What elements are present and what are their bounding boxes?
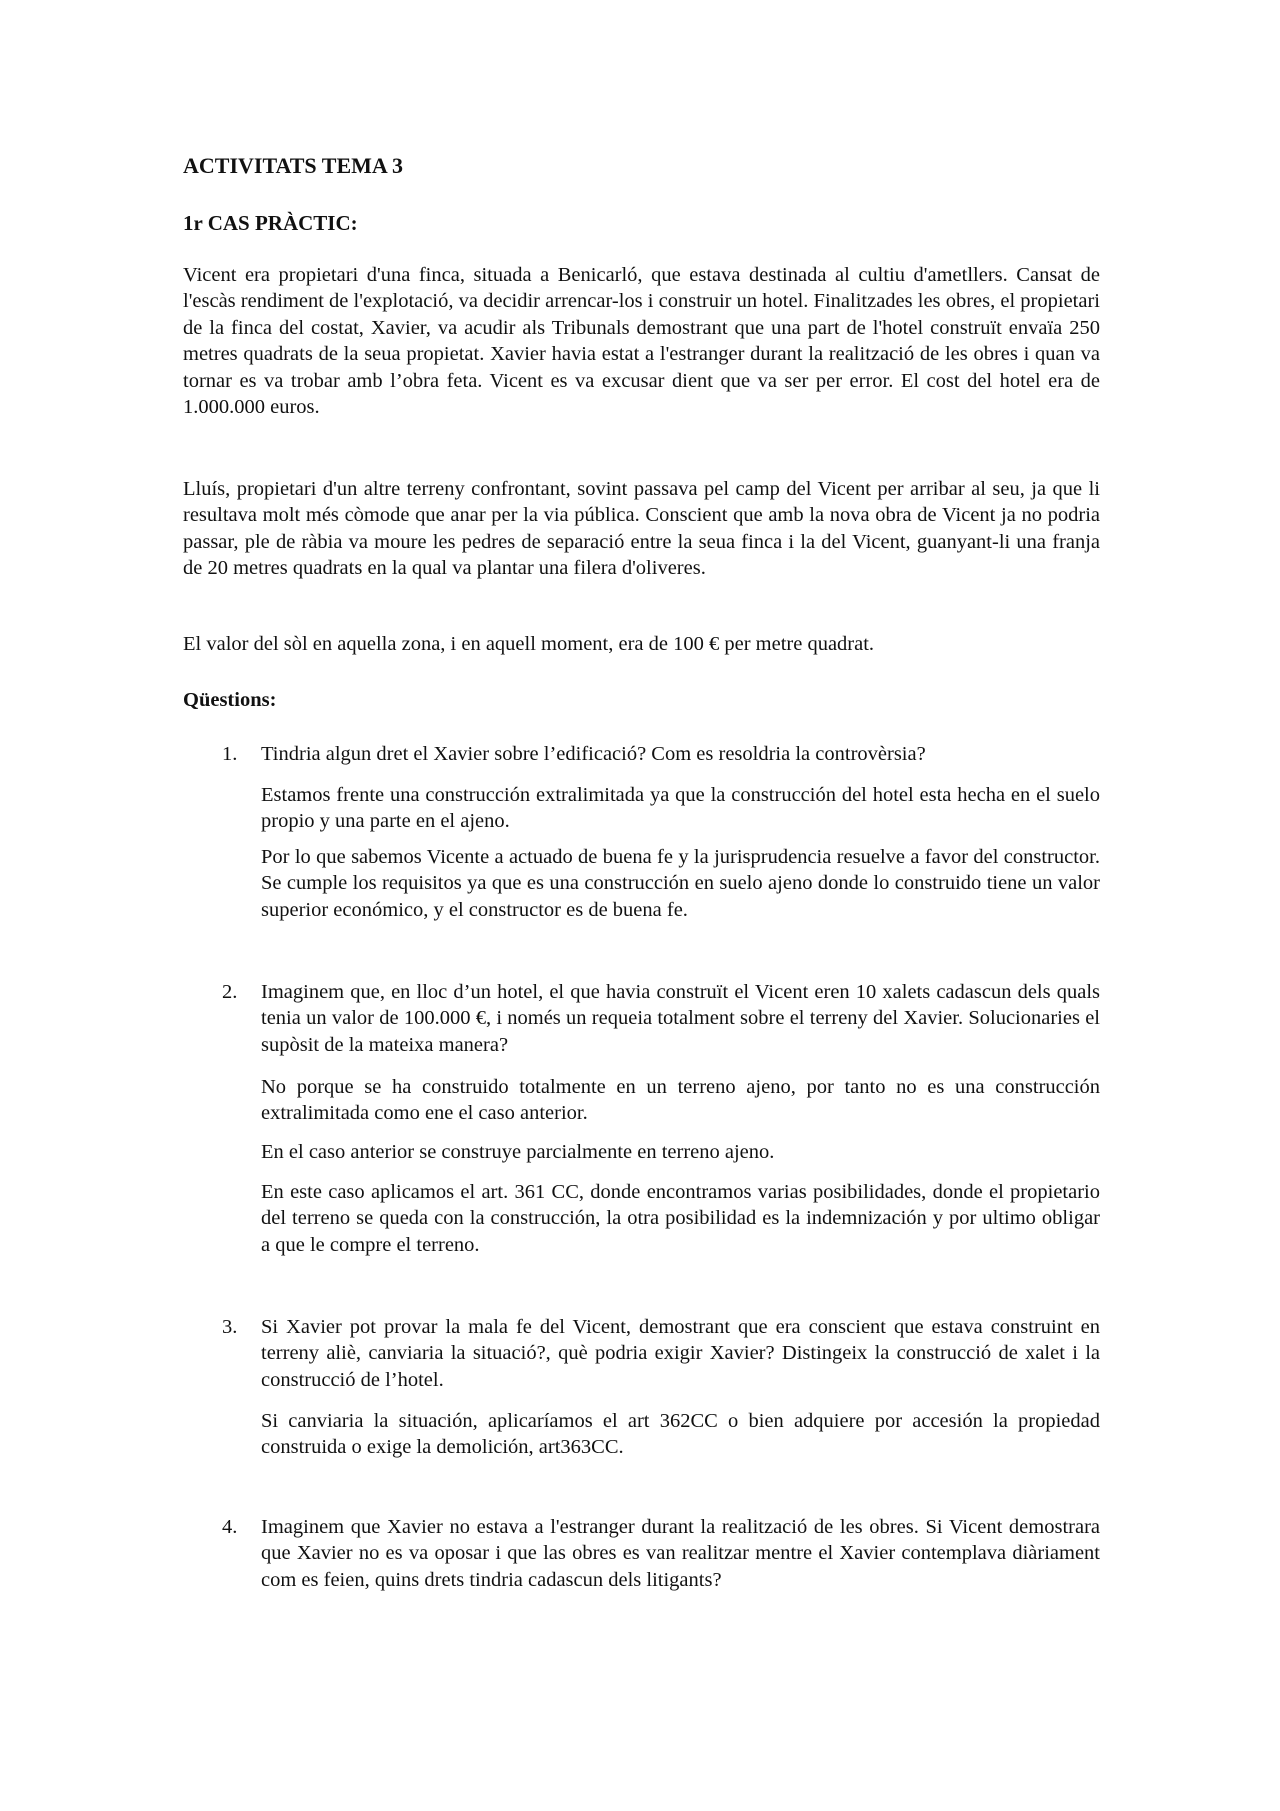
questions-heading: Qüestions: xyxy=(183,686,276,714)
question-number: 3. xyxy=(222,1314,237,1340)
answer-paragraph: Por lo que sabemos Vicente a actuado de … xyxy=(261,844,1100,923)
question-number: 2. xyxy=(222,979,237,1005)
question-text: Imaginem que, en lloc d’un hotel, el que… xyxy=(261,979,1100,1058)
answer-paragraph: En este caso aplicamos el art. 361 CC, d… xyxy=(261,1179,1100,1258)
answer-paragraph: Si canviaria la situación, aplicaríamos … xyxy=(261,1408,1100,1461)
case-paragraph-1: Vicent era propietari d'una finca, situa… xyxy=(183,262,1100,420)
question-text: Tindria algun dret el Xavier sobre l’edi… xyxy=(261,741,1100,767)
answer-paragraph: En el caso anterior se construye parcial… xyxy=(261,1139,1100,1165)
question-text: Imaginem que Xavier no estava a l'estran… xyxy=(261,1514,1100,1593)
question-number: 4. xyxy=(222,1514,237,1540)
case-heading: 1r CAS PRÀCTIC: xyxy=(183,209,358,237)
question-number: 1. xyxy=(222,741,237,767)
document-title: ACTIVITATS TEMA 3 xyxy=(183,152,403,180)
case-paragraph-3: El valor del sòl en aquella zona, i en a… xyxy=(183,631,1100,657)
question-text: Si Xavier pot provar la mala fe del Vice… xyxy=(261,1314,1100,1393)
answer-paragraph: No porque se ha construido totalmente en… xyxy=(261,1074,1100,1127)
answer-paragraph: Estamos frente una construcción extralim… xyxy=(261,782,1100,835)
case-paragraph-2: Lluís, propietari d'un altre terreny con… xyxy=(183,476,1100,582)
